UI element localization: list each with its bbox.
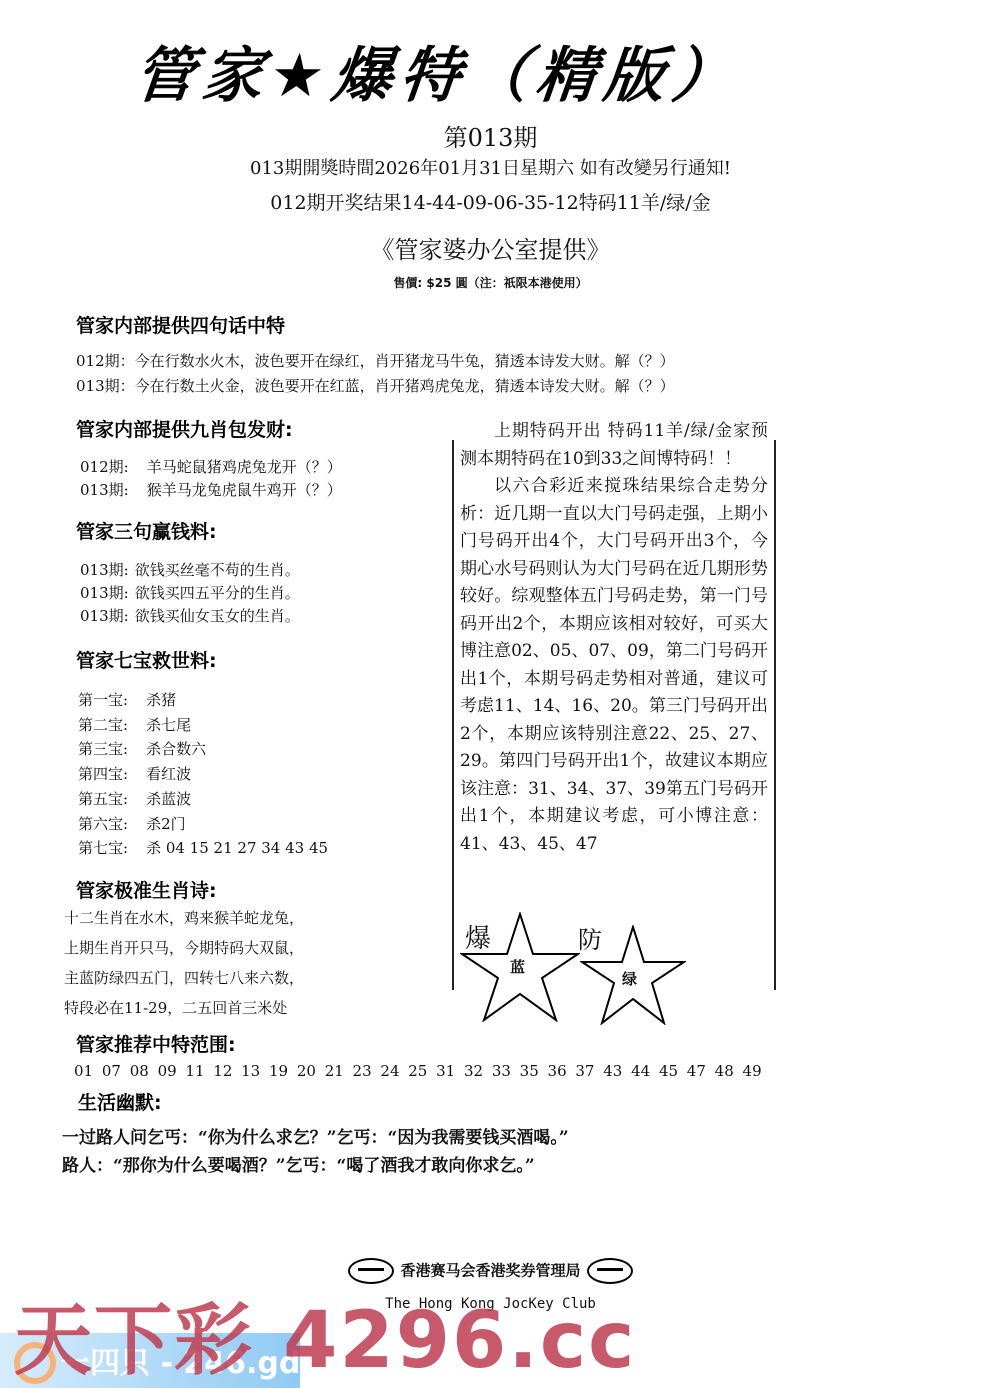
row-value: 杀2门 [146,812,186,837]
row-value: 杀合数六 [146,737,206,762]
row-label: 013期: [80,605,129,626]
seven-treasures-list: 第一宝:杀猪 第二宝:杀七尾 第三宝:杀合数六 第四宝:看红波 第五宝:杀蓝波 … [78,688,328,861]
org-name-cn: 香港赛马会香港奖券管理局 [400,1262,580,1280]
row-label: 第三宝: [78,737,128,762]
four-sentences-line: 012期：今在行数水火木，波色要开在绿红，肖开猪龙马牛兔，猜透本诗发大财。解（？… [76,350,675,371]
poem-line: 主蓝防绿四五门，四转七八来六数， [64,963,304,993]
row-value: 欲钱买仙女玉女的生肖。 [135,605,300,626]
recommend-numbers: 01 07 08 09 11 12 13 19 20 21 23 24 25 3… [74,1062,762,1080]
row-label: 013期: [80,582,129,603]
treasure-row: 第一宝:杀猪 [78,688,328,713]
last-result: 012期开奖结果14-44-09-06-35-12特码11羊/绿/金 [0,188,981,215]
section-heading-recommend-range: 管家推荐中特范围: [76,1030,236,1057]
provider: 《管家婆办公室提供》 [0,230,981,265]
row-label: 第二宝: [78,713,128,738]
analysis-paragraph: 以六合彩近来搅珠结果综合走势分析：近几期一直以大门号码走强，上期小门号码开出4个… [460,473,768,858]
treasure-row: 第四宝:看红波 [78,762,328,787]
row-value: 羊马蛇鼠猪鸡虎兔龙开（？） [147,456,342,477]
humor-line: 一过路人问乞丐：“你为什么求乞？”乞丐：“因为我需要钱买酒喝。” [62,1124,569,1152]
poem-line: 特段必在11-29，二五回首三米处 [64,993,304,1023]
row-value: 杀蓝波 [146,787,191,812]
treasure-row: 第二宝:杀七尾 [78,713,328,738]
row-label: 第四宝: [78,762,128,787]
section-heading-zodiac-poem: 管家极准生肖诗: [76,876,217,903]
star-text-blue: 蓝 [510,956,525,977]
price: 售價: $25 圓（注：祇限本港使用） [0,274,981,291]
treasure-row: 第六宝:杀2门 [78,812,328,837]
page-title: 管家★爆特（精版） [130,28,819,114]
three-sentences-row: 013期: 欲钱买四五平分的生肖。 [80,582,300,603]
row-label: 第五宝: [78,787,128,812]
three-sentences-row: 013期: 欲钱买仙女玉女的生肖。 [80,605,300,626]
row-value: 杀猪 [146,688,176,713]
poem-line: 上期生肖开只马，今期特码大双鼠， [64,933,304,963]
poem-line: 十二生肖在水木，鸡来猴羊蛇龙兔， [64,903,304,933]
analysis-paragraph: 上期特码开出 特码11羊/绿/金家预测本期特码在10到33之间博特码！！ [460,418,768,473]
row-value: 欲钱买四五平分的生肖。 [135,582,300,603]
section-heading-nine-zodiac: 管家内部提供九肖包发财: [76,415,293,442]
row-value: 欲钱买丝毫不苟的生肖。 [135,559,300,580]
treasure-row: 第五宝:杀蓝波 [78,787,328,812]
section-heading-three-sentences: 管家三句赢钱料: [76,517,217,544]
star-text-green: 绿 [622,968,637,989]
section-heading-seven-treasures: 管家七宝救世料: [76,646,217,673]
watermark: 天下彩 4296.cc [14,1278,636,1388]
row-label: 012期: [80,456,129,477]
row-value: 杀 04 15 21 27 34 43 45 [146,836,328,861]
issue-number: 第013期 [0,118,981,153]
row-label: 第一宝: [78,688,128,713]
analysis-box-text: 上期特码开出 特码11羊/绿/金家预测本期特码在10到33之间博特码！！ 以六合… [460,418,768,858]
row-value: 看红波 [146,762,191,787]
humor-text: 一过路人问乞丐：“你为什么求乞？”乞丐：“因为我需要钱买酒喝。” 路人：“那你为… [62,1124,569,1180]
row-label: 013期: [80,479,129,500]
draw-time: 013期開獎時間2026年01月31日星期六 如有改變另行通知! [0,154,981,180]
humor-line: 路人：“那你为什么要喝酒？”乞丐：“喝了酒我才敢向你求乞。” [62,1152,569,1180]
zodiac-poem: 十二生肖在水木，鸡来猴羊蛇龙兔， 上期生肖开只马，今期特码大双鼠， 主蓝防绿四五… [64,903,304,1023]
row-value: 杀七尾 [146,713,191,738]
nine-zodiac-row: 012期: 羊马蛇鼠猪鸡虎兔龙开（？） [80,456,342,477]
row-label: 第七宝: [78,836,128,861]
treasure-row: 第三宝:杀合数六 [78,737,328,762]
treasure-row: 第七宝:杀 04 15 21 27 34 43 45 [78,836,328,861]
row-label: 第六宝: [78,812,128,837]
section-heading-four-sentences: 管家内部提供四句话中特 [76,311,285,338]
four-sentences-line: 013期：今在行数土火金，波色要开在红蓝，肖开猪鸡虎兔龙，猜透本诗发大财。解（？… [76,375,675,396]
row-label: 013期: [80,559,129,580]
section-heading-humor: 生活幽默: [78,1088,162,1115]
row-value: 猴羊马龙兔虎鼠牛鸡开（？） [147,479,342,500]
three-sentences-row: 013期: 欲钱买丝毫不苟的生肖。 [80,559,300,580]
nine-zodiac-row: 013期: 猴羊马龙兔虎鼠牛鸡开（？） [80,479,342,500]
